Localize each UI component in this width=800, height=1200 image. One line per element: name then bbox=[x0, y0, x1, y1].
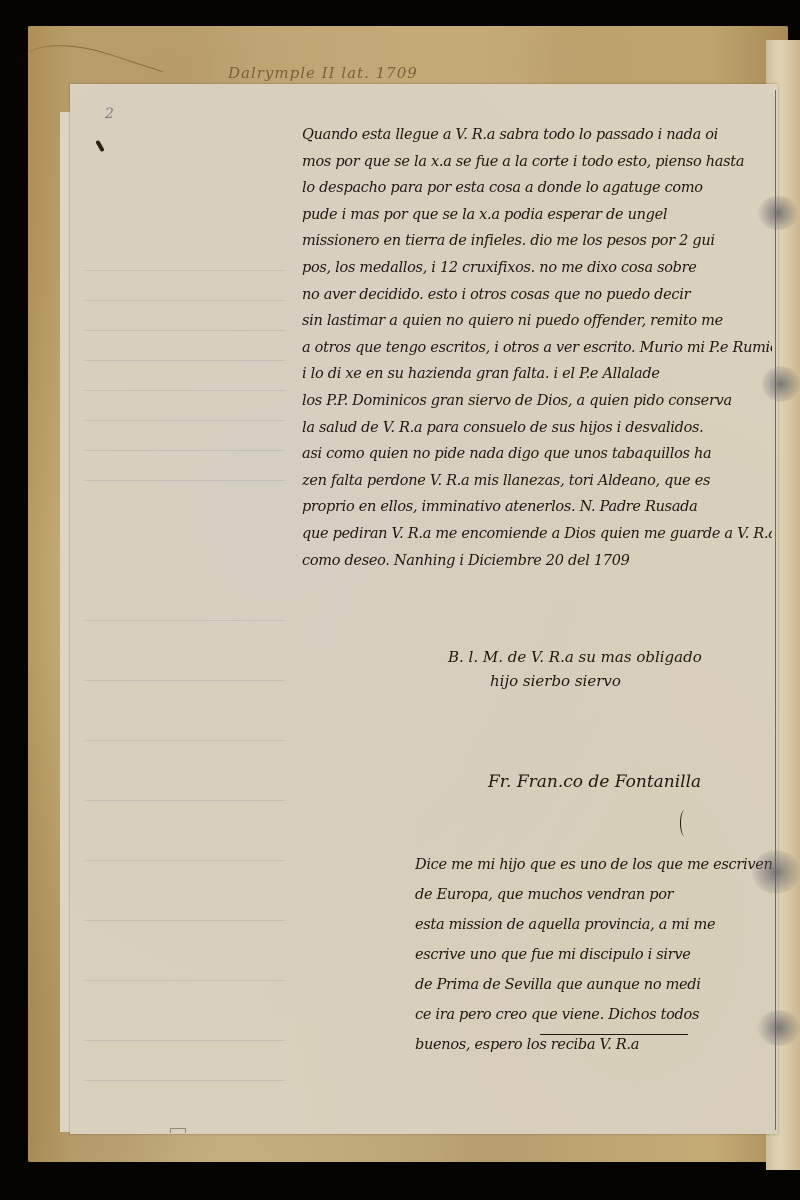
body-line: proprio en ellos, imminativo atenerlos. … bbox=[302, 494, 772, 521]
closing-line: B. l. M. de V. R.a su mas obligado bbox=[448, 645, 702, 669]
postscript-line: de Europa, que muchos vendran por bbox=[415, 880, 785, 910]
archival-pencil-note: Dalrymple II lat. 1709 bbox=[228, 64, 418, 82]
body-line: asi como quien no pide nada digo que uno… bbox=[302, 441, 772, 468]
show-through-line bbox=[85, 1080, 285, 1081]
letter-body: Quando esta llegue a V. R.a sabra todo l… bbox=[302, 122, 772, 574]
body-line: pude i mas por que se la x.a podia esper… bbox=[302, 202, 772, 229]
body-line: pos, los medallos, i 12 cruxifixos. no m… bbox=[302, 255, 772, 282]
body-line: a otros que tengo escritos, i otros a ve… bbox=[302, 335, 772, 362]
postscript: Dice me mi hijo que es uno de los que me… bbox=[415, 850, 785, 1060]
body-line: que pediran V. R.a me encomiende a Dios … bbox=[302, 521, 772, 548]
body-line: Quando esta llegue a V. R.a sabra todo l… bbox=[302, 122, 772, 149]
signature-flourish bbox=[680, 810, 689, 836]
body-line: zen falta perdone V. R.a mis llanezas, t… bbox=[302, 468, 772, 495]
body-line: i lo di xe en su hazienda gran falta. i … bbox=[302, 361, 772, 388]
show-through-line bbox=[85, 300, 285, 301]
show-through-line bbox=[85, 980, 285, 981]
stain bbox=[762, 366, 800, 402]
show-through-line bbox=[85, 450, 285, 451]
body-line: la salud de V. R.a para consuelo de sus … bbox=[302, 415, 772, 442]
show-through-line bbox=[85, 620, 285, 621]
postscript-line: de Prima de Sevilla que aunque no medi bbox=[415, 970, 785, 1000]
letter-closing: B. l. M. de V. R.a su mas obligado hijo … bbox=[448, 645, 702, 693]
show-through-line bbox=[85, 420, 285, 421]
postscript-line: esta mission de aquella provincia, a mi … bbox=[415, 910, 785, 940]
underline-mark bbox=[540, 1034, 688, 1035]
show-through-line bbox=[85, 800, 285, 801]
show-through-line bbox=[85, 360, 285, 361]
body-line: lo despacho para por esta cosa a donde l… bbox=[302, 175, 772, 202]
show-through-line bbox=[85, 330, 285, 331]
date-line: como deseo. Nanhing i Diciembre 20 del 1… bbox=[302, 548, 772, 575]
stain bbox=[758, 196, 798, 230]
closing-line: hijo sierbo siervo bbox=[448, 669, 702, 693]
page-number-mark: 2 bbox=[105, 106, 114, 122]
body-line: sin lastimar a quien no quiero ni puedo … bbox=[302, 308, 772, 335]
signature: Fr. Fran.co de Fontanilla bbox=[488, 772, 701, 792]
postscript-line: ce ira pero creo que viene. Dichos todos bbox=[415, 1000, 785, 1030]
body-line: mos por que se la x.a se fue a la corte … bbox=[302, 149, 772, 176]
sheet-notch bbox=[170, 1128, 186, 1133]
show-through-line bbox=[85, 390, 285, 391]
stain bbox=[752, 850, 800, 894]
show-through-line bbox=[85, 920, 285, 921]
postscript-line: Dice me mi hijo que es uno de los que me… bbox=[415, 850, 785, 880]
show-through-line bbox=[85, 680, 285, 681]
show-through-line bbox=[85, 480, 285, 481]
stain bbox=[758, 1010, 800, 1046]
body-line: no aver decidido. esto i otros cosas que… bbox=[302, 282, 772, 309]
body-line: los P.P. Dominicos gran siervo de Dios, … bbox=[302, 388, 772, 415]
show-through-line bbox=[85, 270, 285, 271]
body-line: missionero en tierra de infieles. dio me… bbox=[302, 228, 772, 255]
show-through-line bbox=[85, 1040, 285, 1041]
show-through-line bbox=[85, 740, 285, 741]
show-through-line bbox=[85, 860, 285, 861]
postscript-line: escrive uno que fue mi discipulo i sirve bbox=[415, 940, 785, 970]
